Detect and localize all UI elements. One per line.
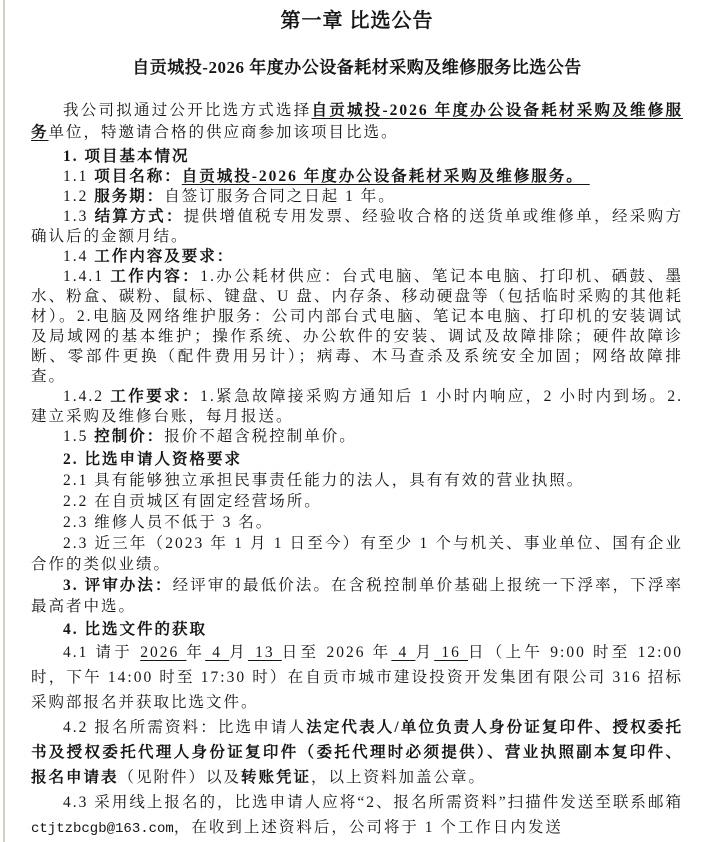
emphasis-run: 1. 项目基本情况: [63, 148, 190, 165]
emphasis-run: 3. 评审办法：: [63, 577, 173, 594]
item-1-1-project-name: 1.1 项目名称：自贡城投-2026 年度办公设备耗材采购及维修服务。: [31, 167, 683, 187]
item-4-2-required-documents: 4.2 报名所需资料：比选申请人法定代表人/单位负责人身份证复印件、授权委托书及…: [31, 715, 683, 790]
item-2-3-staff: 2.3 维修人员不低于 3 名。: [31, 512, 683, 533]
emphasis-run: 2. 比选申请人资格要求: [63, 451, 242, 468]
text-run: （见附件）以及: [119, 769, 242, 786]
item-2-2-premises: 2.2 在自贡城区有固定经营场所。: [31, 491, 683, 512]
emphasis-run: 16: [434, 644, 468, 661]
document-page: 第一章 比选公告 自贡城投-2026 年度办公设备耗材采购及维修服务比选公告 我…: [0, 0, 710, 842]
text-run: 4.2 报名所需资料：比选申请人: [63, 719, 306, 736]
emphasis-run: 工作内容：: [110, 268, 200, 285]
item-1-5-control-price: 1.5 控制价：报价不超含税控制单价。: [31, 427, 683, 447]
doc-body: 我公司拟通过公开比选方式选择自贡城投-2026 年度办公设备耗材采购及维修服务单…: [31, 100, 683, 842]
text-run: 1.5: [63, 428, 94, 445]
text-run: 1.4.1: [63, 268, 110, 285]
emphasis-run: 4: [205, 644, 229, 661]
item-1-3-settlement: 1.3 结算方式：提供增值税专用发票、经验收合格的送货单或维修单，经采购方确认后…: [31, 207, 683, 247]
item-1-4-2-work-requirements: 1.4.2 工作要求：1.紧急故障接采购方通知后 1 小时内响应，2 小时内到场…: [31, 387, 683, 427]
document-content: 第一章 比选公告 自贡城投-2026 年度办公设备耗材采购及维修服务比选公告 我…: [31, 0, 683, 842]
intro-paragraph: 我公司拟通过公开比选方式选择自贡城投-2026 年度办公设备耗材采购及维修服务单…: [31, 100, 683, 144]
text-run: ，以上资料加盖公章。: [311, 769, 486, 786]
emphasis-run: 4. 比选文件的获取: [63, 621, 207, 638]
item-1-2-service-period: 1.2 服务期：自签订服务合同之日起 1 年。: [31, 187, 683, 207]
text-run: 自签订服务合同之日起 1 年。: [164, 188, 396, 205]
text-run: 月: [415, 644, 434, 661]
announcement-title: 自贡城投-2026 年度办公设备耗材采购及维修服务比选公告: [31, 56, 683, 80]
text-run: 1.4.2: [63, 388, 110, 405]
section-3-evaluation-method: 3. 评审办法：经评审的最低价法。在含税控制单价基础上报统一下浮率，下浮率最高者…: [31, 575, 683, 617]
emphasis-run: 结算方式：: [95, 208, 184, 225]
emphasis-run: 服务期：: [94, 188, 164, 205]
item-1-4-scope-heading: 1.4 工作内容及要求：: [31, 247, 683, 267]
section-1-heading: 1. 项目基本情况: [31, 147, 683, 167]
emphasis-run: 工作要求：: [110, 388, 200, 405]
chapter-heading: 第一章 比选公告: [31, 8, 683, 34]
text-run: 年: [186, 644, 205, 661]
emphasis-run: 项目名称：: [94, 168, 182, 185]
text-run: 1.2: [63, 188, 94, 205]
emphasis-run: 13: [248, 644, 282, 661]
emphasis-run: 工作内容及要求：: [94, 248, 234, 265]
item-1-4-1-work-content: 1.4.1 工作内容：1.办公耗材供应：台式电脑、笔记本电脑、打印机、硒鼓、墨水…: [31, 267, 683, 387]
text-run: 2.3 维修人员不低于 3 名。: [63, 514, 273, 531]
text-run: 2.2 在自贡城区有固定经营场所。: [63, 493, 322, 510]
page-edge-line: [3, 0, 5, 842]
section-2-heading: 2. 比选申请人资格要求: [31, 449, 683, 470]
emphasis-run: 转账凭证: [241, 769, 311, 786]
text-run: 我公司拟通过公开比选方式选择: [63, 102, 311, 119]
text-run: 单位，特邀请合格的供应商参加该项目比选。: [49, 124, 399, 141]
text-run: 月: [229, 644, 248, 661]
text-run: 1.4: [63, 248, 94, 265]
emphasis-run: 4: [391, 644, 415, 661]
emphasis-run: 2026: [140, 644, 186, 661]
text-run: 4.1 请于: [63, 644, 140, 661]
text-run: ，在收到上述资料后，公司将于 1 个工作日内发送: [174, 819, 563, 836]
text-run: 1.办公耗材供应：台式电脑、笔记本电脑、打印机、硒鼓、墨水、粉盒、碳粉、鼠标、键…: [31, 268, 683, 385]
text-run: 2.3 近三年（2023 年 1 月 1 日至今）有至少 1 个与机关、事业单位…: [31, 535, 683, 573]
text-run: ctjtzbcgb@163.com: [31, 821, 174, 837]
text-run: 日至 2026 年: [282, 644, 392, 661]
item-4-1-registration-time: 4.1 请于 2026 年 4 月 13 日至 2026 年 4 月 16 日（…: [31, 640, 683, 715]
item-4-3-online-registration: 4.3 采用线上报名的，比选申请人应将“2、报名所需资料”扫描件发送至联系邮箱 …: [31, 790, 683, 842]
emphasis-run: 自贡城投-2026 年度办公设备耗材采购及维修服务。: [182, 168, 590, 185]
emphasis-run: 控制价：: [94, 428, 164, 445]
text-run: 2.1 具有能够独立承担民事责任能力的法人，具有有效的营业执照。: [63, 472, 584, 489]
text-run: 4.3 采用线上报名的，比选申请人应将“2、报名所需资料”扫描件发送至联系邮箱: [63, 794, 683, 811]
text-run: 1.3: [63, 208, 95, 225]
text-run: 1.1: [63, 168, 94, 185]
section-4-heading: 4. 比选文件的获取: [31, 619, 683, 640]
item-2-1-legal-person: 2.1 具有能够独立承担民事责任能力的法人，具有有效的营业执照。: [31, 470, 683, 491]
item-2-3-track-record: 2.3 近三年（2023 年 1 月 1 日至今）有至少 1 个与机关、事业单位…: [31, 533, 683, 575]
text-run: 报价不超含税控制单价。: [164, 428, 357, 445]
